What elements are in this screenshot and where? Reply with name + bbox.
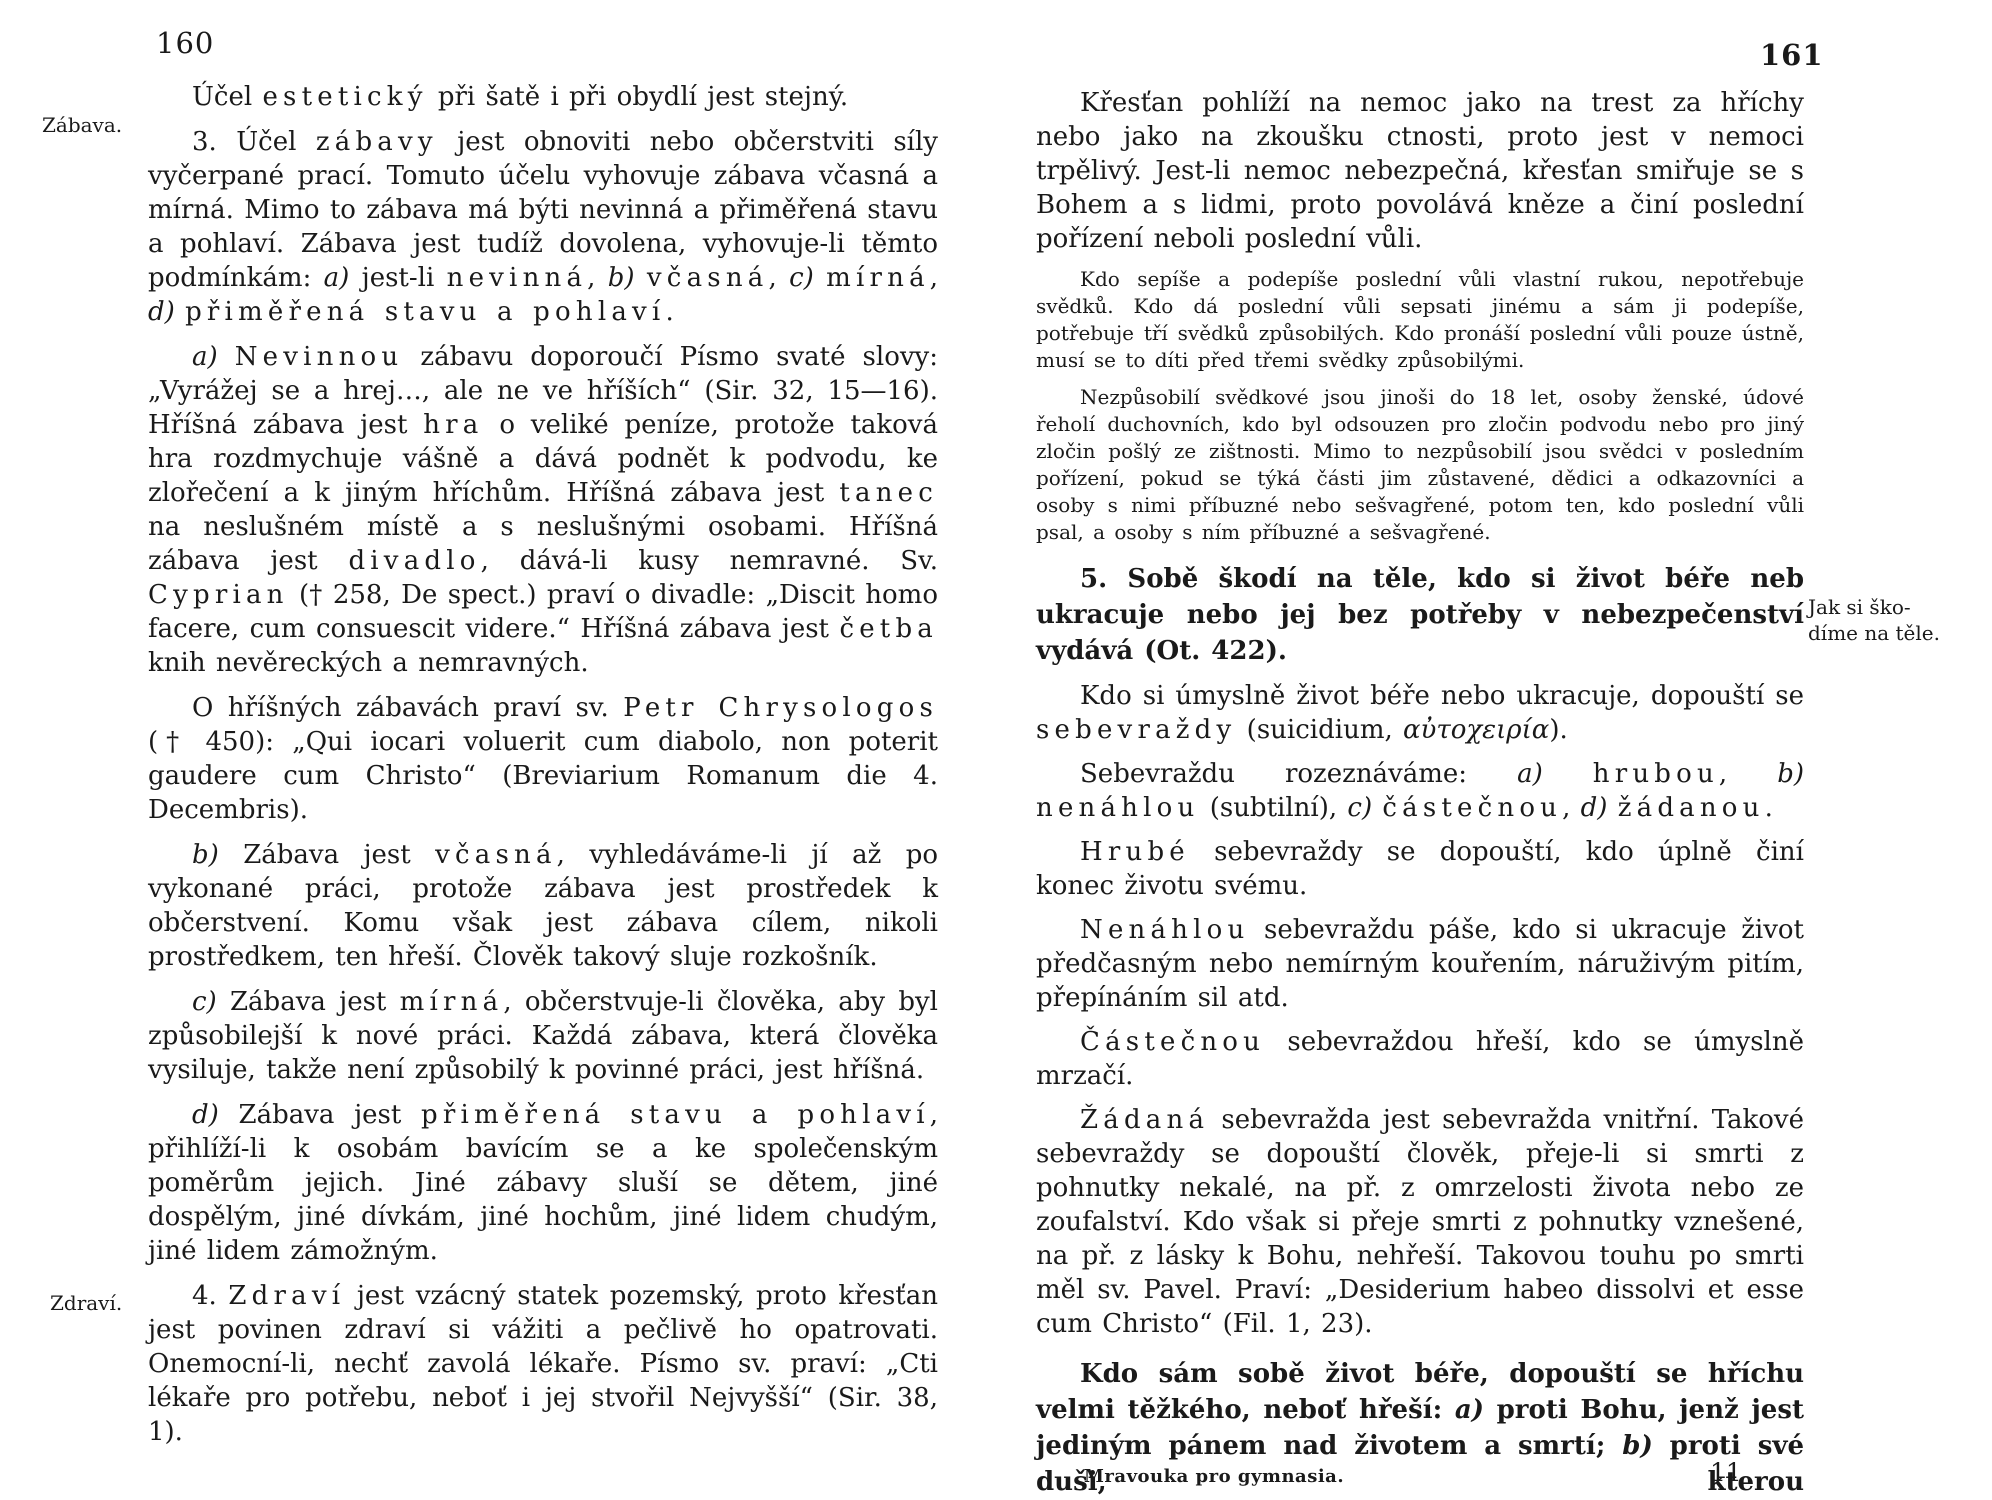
para-hruba-sebevrazda: Hrubé sebevraždy se dopouští, kdo úplně … — [1036, 835, 1804, 903]
left-text-column: Účel estetický při šatě i při obydlí jes… — [148, 80, 938, 1449]
para-4-zdravi: 4. Zdraví jest vzácný statek pozemský, p… — [148, 1279, 938, 1449]
para-b-vcasna-zabava: b) Zábava jest včasná, vyhledáváme-li jí… — [148, 838, 938, 974]
para-ucel-esteticky: Účel estetický při šatě i při obydlí jes… — [148, 80, 938, 114]
page-number-left: 160 — [156, 26, 214, 60]
para-d-primerena-zabava: d) Zábava jest přiměřená stavu a pohlaví… — [148, 1098, 938, 1268]
para-sebevrazda-definice: Kdo si úmyslně život béře nebo ukracuje,… — [1036, 679, 1804, 747]
para-zadana-sebevrazda: Žádaná sebevražda jest sebevražda vnitřn… — [1036, 1103, 1804, 1341]
margin-note-zabava: Zábava. — [42, 112, 122, 138]
para-posledni-vule-svedci: Kdo sepíše a podepíše poslední vůli vlas… — [1036, 266, 1804, 374]
page-number-right: 161 — [1760, 38, 1824, 72]
left-page: 160 Zábava. Zdraví. Účel estetický při š… — [0, 0, 996, 1500]
margin-note-zdravi: Zdraví. — [50, 1290, 122, 1316]
right-page: 161 Jak si ško- díme na těle. Křesťan po… — [996, 0, 1992, 1500]
para-a-nevinna-zabava: a) Nevinnou zábavu doporoučí Písmo svaté… — [148, 340, 938, 680]
para-krestan-nemoc: Křesťan pohlíží na nemoc jako na trest z… — [1036, 86, 1804, 256]
margin-note-harm: Jak si ško- díme na těle. — [1808, 594, 1984, 646]
footer-signature: Mravouka pro gymnasia. — [1084, 1466, 1344, 1487]
para-c-mirna-zabava: c) Zábava jest mírná, občerstvuje-li člo… — [148, 985, 938, 1087]
para-petr-chrysologos: O hříšných zábavách praví sv. Petr Chrys… — [148, 691, 938, 827]
footer-sheet-number: 11 — [1710, 1458, 1742, 1487]
para-5-sobe-skodi: 5. Sobě škodí na těle, kdo si život béře… — [1036, 561, 1804, 669]
para-nezpusobili-svedkove: Nezpůsobilí svědkové jsou jinoši do 18 l… — [1036, 384, 1804, 546]
right-text-column: Křesťan pohlíží na nemoc jako na trest z… — [1036, 86, 1804, 1500]
para-3-ucel-zabavy: 3. Účel zábavy jest obnoviti nebo občers… — [148, 125, 938, 329]
margin-note-harm-line1: Jak si ško- — [1808, 594, 1984, 620]
para-sebevrazda-druhy: Sebevraždu rozeznáváme: a) hrubou, b) ne… — [1036, 757, 1804, 825]
para-castecna-sebevrazda: Částečnou sebevraždou hřeší, kdo se úmys… — [1036, 1025, 1804, 1093]
margin-note-harm-line2: díme na těle. — [1808, 620, 1984, 646]
book-scan: 160 Zábava. Zdraví. Účel estetický při š… — [0, 0, 1992, 1500]
para-nenahla-sebevrazda: Nenáhlou sebevraždu páše, kdo si ukracuj… — [1036, 913, 1804, 1015]
